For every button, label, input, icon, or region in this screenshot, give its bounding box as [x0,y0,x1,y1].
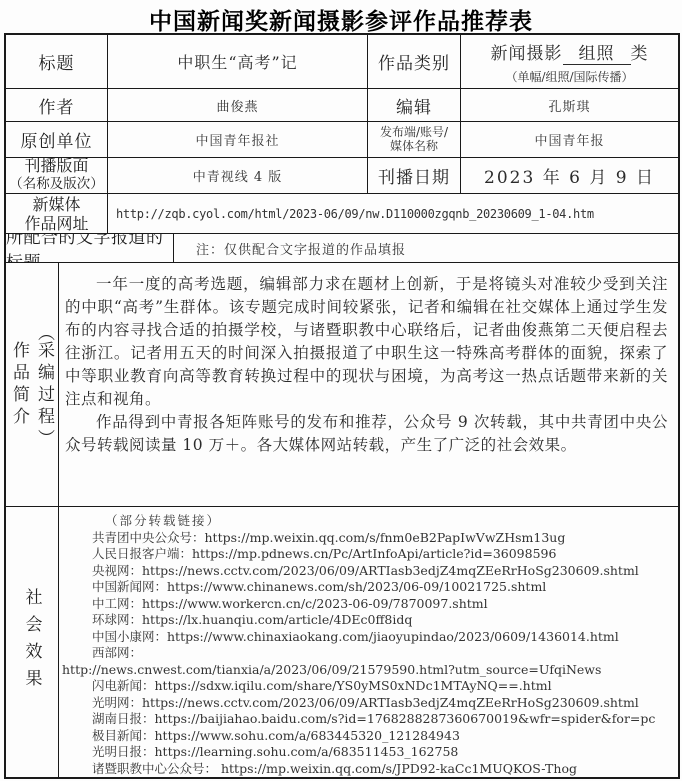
effect-link: 共青团中央公众号：https://mp.weixin.qq.com/s/fnm0… [92,530,674,547]
paren-open: （ [34,324,54,341]
intro-label-main: 作品简介 [7,341,32,429]
field-url-label: 新媒体 作品网址 [6,194,108,234]
row-author-editor: 作者 曲俊燕 编辑 孔斯琪 [6,89,678,122]
category-suffix: 类 [631,44,649,64]
field-category-value-cell: 新闻摄影组照类 （单幅/组照/国际传播） [461,35,678,88]
field-channel-value: 中国青年报 [461,122,678,157]
row-intro: 作品简介 （采编过程） 一年一度的高考选题，编辑部力求在题材上创新，于是将镜头对… [6,263,678,507]
effect-links-cell: （部分转载链接） 共青团中央公众号：https://mp.weixin.qq.c… [59,507,678,777]
field-date-value: 2023 年 6 月 9 日 [461,158,678,193]
field-title-value: 中职生“高考”记 [108,35,368,88]
field-page-label: 刊播版面 （名称及版次） [6,158,108,193]
effect-link: 诸暨职教中心公众号： https://mp.weixin.qq.com/s/JP… [92,761,674,778]
field-title-label: 标题 [6,35,108,88]
row-url: 新媒体 作品网址 http://zqb.cyol.com/html/2023-0… [6,194,678,235]
field-editor-label: 编辑 [368,89,461,121]
category-line: 新闻摄影组照类 [491,39,649,65]
effect-link: 环球网：https://lx.huanqiu.com/article/4DEc0… [92,612,674,629]
row-effect: 社会效果 （部分转载链接） 共青团中央公众号：https://mp.weixin… [6,507,678,777]
row-page-date: 刊播版面 （名称及版次） 中青视线 4 版 刊播日期 2023 年 6 月 9 … [6,158,678,194]
effect-link: 中国新闻网：https://www.chinanews.com/sh/2023/… [92,579,674,596]
channel-label-line2: 媒体名称 [390,139,438,153]
row-org-channel: 原创单位 中国青年报社 发布端/账号/ 媒体名称 中国青年报 [6,122,678,158]
effect-link: http://news.cnwest.com/tianxia/a/2023/06… [62,662,674,679]
effect-link: 湖南日报：https://baijiahao.baidu.com/s?id=17… [92,711,674,728]
page-label-line2: （名称及版次） [9,175,104,193]
intro-label-cell: 作品简介 （采编过程） [6,263,59,506]
field-category-label: 作品类别 [368,35,461,88]
field-author-label: 作者 [6,89,108,121]
text-report-note: 注：仅供配合文字报道的作品填报 [196,239,406,258]
effect-link: 西部网： [92,645,674,662]
field-text-report-note-cell: 注：仅供配合文字报道的作品填报 [174,234,678,262]
field-author-value: 曲俊燕 [108,89,368,121]
intro-paragraph-1: 一年一度的高考选题，编辑部力求在题材上创新，于是将镜头对准较少受到关注的中职“高… [65,273,668,411]
field-editor-value: 孔斯琪 [461,89,678,121]
intro-paragraph-2: 作品得到中青报各矩阵账号的发布和推荐，公众号 9 次转载，其中共青团中央公众号转… [65,411,668,457]
field-org-value: 中国青年报社 [108,122,368,157]
effect-link: 闪电新闻：https://sdxw.iqilu.com/share/YS0yMS… [92,678,674,695]
channel-label-line1: 发布端/账号/ [380,125,448,139]
category-prefix: 新闻摄影 [491,44,563,64]
effect-link: 光明日报：https://learning.sohu.com/a/6835114… [92,744,674,761]
form-table: 标题 中职生“高考”记 作品类别 新闻摄影组照类 （单幅/组照/国际传播） 作者… [4,33,680,779]
field-text-report-label: 所配合的文字报道的标题 [6,234,174,262]
effect-link: 中工网：https://www.workercn.cn/c/2023-06-09… [92,596,674,613]
intro-text-cell: 一年一度的高考选题，编辑部力求在题材上创新，于是将镜头对准较少受到关注的中职“高… [59,263,678,506]
row-text-report: 所配合的文字报道的标题 注：仅供配合文字报道的作品填报 [6,234,678,263]
row-title-category: 标题 中职生“高考”记 作品类别 新闻摄影组照类 （单幅/组照/国际传播） [6,35,678,89]
url-label-line1: 新媒体 [32,195,80,214]
effect-link: 中国小康网：https://www.chinaxiaokang.com/jiao… [92,629,674,646]
page-label-line1: 刊播版面 [24,158,88,176]
effect-link: 光明网：https://news.cctv.com/2023/06/09/ART… [92,695,674,712]
paren-close: ） [34,429,54,446]
field-date-label: 刊播日期 [368,158,461,193]
field-page-value: 中青视线 4 版 [108,158,368,193]
intro-label-paren-text: 采编过程 [34,341,54,429]
form-page: 中国新闻奖新闻摄影参评作品推荐表 标题 中职生“高考”记 作品类别 新闻摄影组照… [0,0,682,781]
category-selected-value: 组照 [563,39,631,65]
effect-label: 社会效果 [20,588,45,696]
category-options-note: （单幅/组照/国际传播） [505,68,633,85]
effect-link: 人民日报客户端：https://mp.pdnews.cn/Pc/ArtInfoA… [92,546,674,563]
media-url-text: http://zqb.cyol.com/html/2023-06/09/nw.D… [116,207,594,221]
effect-link: 央视网：https://news.cctv.com/2023/06/09/ART… [92,563,674,580]
url-label-line2: 作品网址 [24,214,88,233]
effect-link: 极目新闻：https://www.sohu.com/a/683445320_12… [92,728,674,745]
effect-label-cell: 社会效果 [6,507,59,777]
intro-label-paren: （采编过程） [32,324,57,446]
effect-links-note: （部分转载链接） [105,513,674,530]
field-org-label: 原创单位 [6,122,108,157]
field-channel-label: 发布端/账号/ 媒体名称 [368,122,461,157]
field-url-value-cell: http://zqb.cyol.com/html/2023-06/09/nw.D… [108,194,678,234]
